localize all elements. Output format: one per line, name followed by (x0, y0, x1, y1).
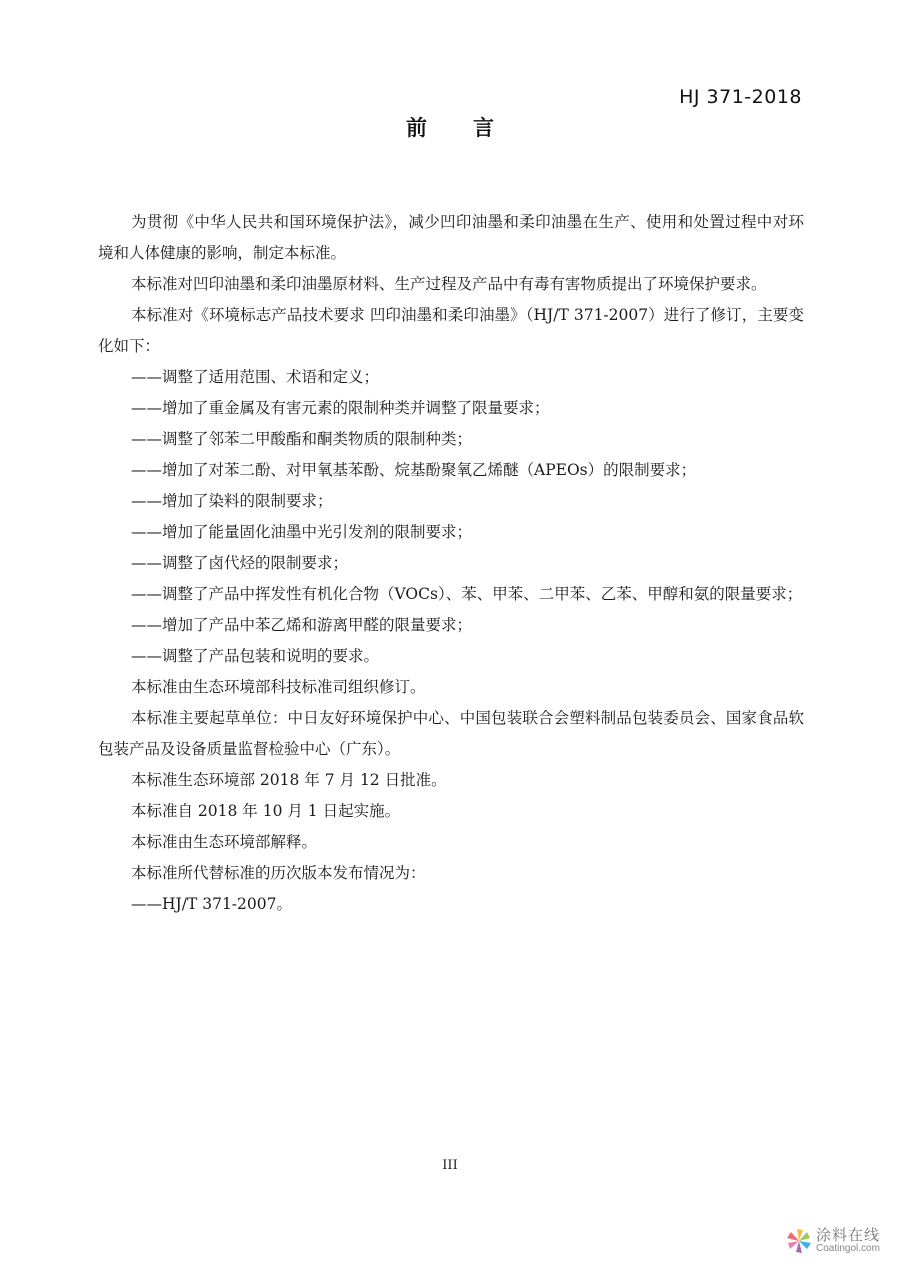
change-item: ——调整了适用范围、术语和定义； (98, 362, 804, 393)
change-item: ——调整了卤代烃的限制要求； (98, 548, 804, 579)
watermark: 涂料在线 Coatingol.com (786, 1228, 880, 1254)
paragraph-approval-date: 本标准生态环境部 2018 年 7 月 12 日批准。 (98, 765, 804, 796)
change-item: ——增加了染料的限制要求； (98, 486, 804, 517)
paragraph-revision: 本标准对《环境标志产品技术要求 凹印油墨和柔印油墨》（HJ/T 371-2007… (98, 300, 804, 362)
standard-code: HJ 371-2018 (679, 86, 802, 108)
pinwheel-logo-icon (786, 1228, 812, 1254)
watermark-name-cn: 涂料在线 (816, 1228, 880, 1243)
change-item: ——增加了产品中苯乙烯和游离甲醛的限量要求； (98, 610, 804, 641)
change-item: ——增加了重金属及有害元素的限制种类并调整了限量要求； (98, 393, 804, 424)
page-title: 前言 (0, 112, 900, 142)
foreword-body: 为贯彻《中华人民共和国环境保护法》，减少凹印油墨和柔印油墨在生产、使用和处置过程… (98, 207, 804, 920)
change-item: ——调整了产品中挥发性有机化合物（VOCs）、苯、甲苯、二甲苯、乙苯、甲醇和氨的… (98, 579, 804, 610)
paragraph-previous-versions: 本标准所代替标准的历次版本发布情况为： (98, 858, 804, 889)
paragraph-scope: 本标准对凹印油墨和柔印油墨原材料、生产过程及产品中有毒有害物质提出了环境保护要求… (98, 269, 804, 300)
paragraph-interpretation: 本标准由生态环境部解释。 (98, 827, 804, 858)
change-item: ——调整了产品包装和说明的要求。 (98, 641, 804, 672)
watermark-name-en: Coatingol.com (816, 1244, 880, 1254)
change-item: ——调整了邻苯二甲酸酯和酮类物质的限制种类； (98, 424, 804, 455)
paragraph-purpose: 为贯彻《中华人民共和国环境保护法》，减少凹印油墨和柔印油墨在生产、使用和处置过程… (98, 207, 804, 269)
previous-version-item: ——HJ/T 371-2007。 (98, 889, 804, 920)
paragraph-organizer: 本标准由生态环境部科技标准司组织修订。 (98, 672, 804, 703)
paragraph-effective-date: 本标准自 2018 年 10 月 1 日起实施。 (98, 796, 804, 827)
change-item: ——增加了能量固化油墨中光引发剂的限制要求； (98, 517, 804, 548)
page-number: III (0, 1158, 900, 1173)
paragraph-drafting-units: 本标准主要起草单位：中日友好环境保护中心、中国包装联合会塑料制品包装委员会、国家… (98, 703, 804, 765)
change-item: ——增加了对苯二酚、对甲氧基苯酚、烷基酚聚氧乙烯醚（APEOs）的限制要求； (98, 455, 804, 486)
